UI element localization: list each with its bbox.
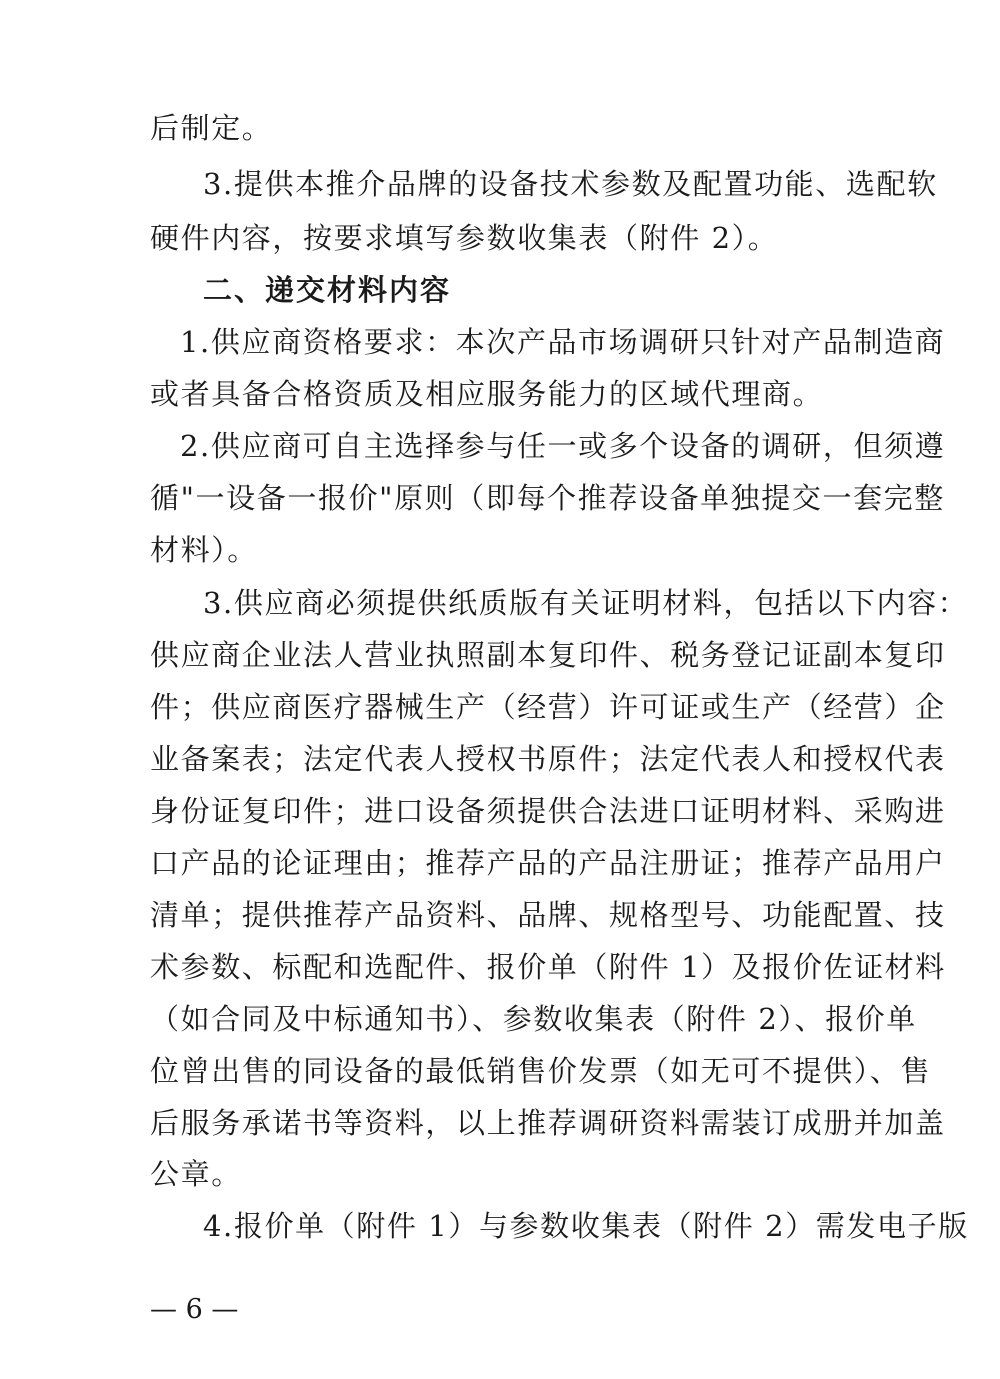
text-line: 后制定。 (150, 102, 850, 154)
text-line: 或者具备合格资质及相应服务能力的区域代理商。 (150, 368, 850, 420)
text-line: 循"一设备一报价"原则（即每个推荐设备单独提交一套完整 (150, 472, 850, 524)
text-line: 身份证复印件；进口设备须提供合法进口证明材料、采购进 (150, 785, 850, 837)
text-line: 3.提供本推介品牌的设备技术参数及配置功能、选配软 (203, 158, 850, 210)
text-line: 位曾出售的同设备的最低销售价发票（如无可不提供）、售 (150, 1045, 850, 1097)
text-line: 口产品的论证理由；推荐产品的产品注册证；推荐产品用户 (150, 837, 850, 889)
text-line: 后服务承诺书等资料，以上推荐调研资料需装订成册并加盖 (150, 1097, 850, 1149)
text-line: 件；供应商医疗器械生产（经营）许可证或生产（经营）企 (150, 681, 850, 733)
text-line: 硬件内容，按要求填写参数收集表（附件 2）。 (150, 212, 850, 264)
text-line: （如合同及中标通知书）、参数收集表（附件 2）、报价单 (150, 993, 850, 1045)
page-number: — 6 — (150, 1290, 238, 1330)
text-line: 术参数、标配和选配件、报价单（附件 1）及报价佐证材料 (150, 941, 850, 993)
text-line: 材料）。 (150, 524, 850, 576)
text-line: 3.供应商必须提供纸质版有关证明材料，包括以下内容： (203, 577, 850, 629)
section-heading: 二、递交材料内容 (203, 264, 850, 316)
text-line: 1.供应商资格要求：本次产品市场调研只针对产品制造商 (180, 316, 850, 368)
text-line: 公章。 (150, 1148, 850, 1200)
text-line: 业备案表；法定代表人授权书原件；法定代表人和授权代表 (150, 733, 850, 785)
text-line: 2.供应商可自主选择参与任一或多个设备的调研，但须遵 (180, 420, 850, 472)
text-line: 4.报价单（附件 1）与参数收集表（附件 2）需发电子版 (203, 1200, 850, 1252)
text-line: 清单；提供推荐产品资料、品牌、规格型号、功能配置、技 (150, 889, 850, 941)
document-page: 后制定。3.提供本推介品牌的设备技术参数及配置功能、选配软硬件内容，按要求填写参… (0, 0, 1000, 1379)
text-line: 供应商企业法人营业执照副本复印件、税务登记证副本复印 (150, 629, 850, 681)
